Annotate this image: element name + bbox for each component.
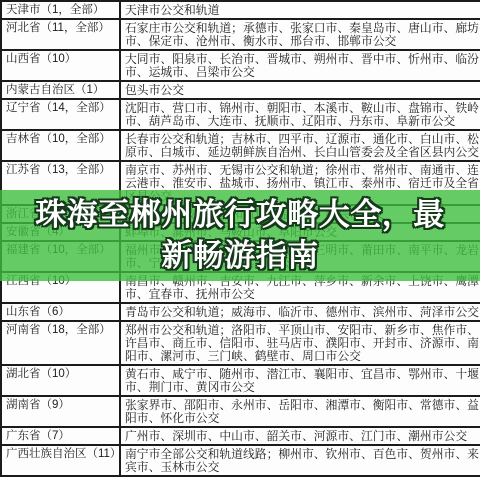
table-row: 广西壮族自治区（11） 南宁市全部公交和轨道线路；柳州市、钦州市、百色市、贺州市… [2, 446, 480, 477]
cities-cell: 长春市公交和轨道；吉林市、四平市、辽源市、通化市、白山市、松原市、白城市、延边朝… [121, 131, 480, 160]
cities-cell: 郑州市公交和轨道；洛阳市、平顶山市、安阳市、新乡市、焦作市、许昌市、商丘市、信阳… [121, 322, 480, 364]
province-cell: 山东省（6） [2, 304, 121, 320]
table-row: 湖北省（10） 黄石市、咸宁市、随州市、潜江市、襄阳市、宜昌市、鄂州市、十堰市、… [2, 366, 480, 397]
cities-cell: 张家界市、邵阳市、永州市、岳阳市、湘潭市、衡阳市、常德市、益阳市、怀化市公交 [121, 397, 480, 426]
banner-title-line2: 新畅游指南 [161, 236, 319, 277]
table-row: 辽宁省（14，全部） 沈阳市、营口市、锦州市、朝阳市、本溪市、鞍山市、盘锦市、铁… [2, 100, 480, 131]
cities-cell: 青岛市公交和轨道；威海市、临沂市、德州市、滨州市、菏泽市公交 [121, 304, 480, 320]
province-cell: 山西省（10） [2, 51, 121, 80]
province-cell: 湖南省（9） [2, 397, 121, 426]
province-cell: 广西壮族自治区（11） [2, 446, 121, 475]
banner-title-line1: 珠海至郴州旅行攻略大全，最 [35, 195, 445, 236]
cities-cell: 包头市公交 [121, 82, 480, 98]
cities-cell: 南宁市全部公交和轨道线路；柳州市、钦州市、百色市、贺州市、来宾市、玉林市公交 [121, 446, 480, 475]
table-row: 山东省（6） 青岛市公交和轨道；威海市、临沂市、德州市、滨州市、菏泽市公交 [2, 304, 480, 322]
table-row: 吉林省（10，全部） 长春市公交和轨道；吉林市、四平市、辽源市、通化市、白山市、… [2, 131, 480, 162]
table-row: 河北省（11，全部） 石家庄市公交和轨道；承德市、张家口市、秦皇岛市、唐山市、廊… [2, 20, 480, 51]
province-cell: 内蒙古自治区（1） [2, 82, 121, 98]
table-row: 山西省（10） 大同市、阳泉市、长治市、晋城市、朔州市、晋中市、忻州市、临汾市、… [2, 51, 480, 82]
province-cell: 河北省（11，全部） [2, 20, 121, 49]
cities-cell: 黄石市、咸宁市、随州市、潜江市、襄阳市、宜昌市、鄂州市、十堰市、荆门市、黄冈市公… [121, 366, 480, 395]
cities-cell: 广州市、深圳市、中山市、韶关市、河源市、江门市、潮州市公交 [121, 428, 480, 444]
province-cell: 吉林省（10，全部） [2, 131, 121, 160]
cities-cell: 大同市、阳泉市、长治市、晋城市、朔州市、晋中市、忻州市、临汾市、运城市、吕梁市公… [121, 51, 480, 80]
table-row: 天津市（1，全部） 天津市公交和轨道 [2, 2, 480, 20]
province-cell: 天津市（1，全部） [2, 2, 121, 18]
cities-cell: 天津市公交和轨道 [121, 2, 480, 18]
province-cell: 辽宁省（14，全部） [2, 100, 121, 129]
table-row: 河南省（18，全部） 郑州市公交和轨道；洛阳市、平顶山市、安阳市、新乡市、焦作市… [2, 322, 480, 366]
province-cell: 广东省（7） [2, 428, 121, 444]
screenshot-root: 天津市（1，全部） 天津市公交和轨道 河北省（11，全部） 石家庄市公交和轨道；… [0, 0, 480, 480]
province-cell: 河南省（18，全部） [2, 322, 121, 364]
table-row: 广东省（7） 广州市、深圳市、中山市、韶关市、河源市、江门市、潮州市公交 [2, 428, 480, 446]
green-title-banner: 珠海至郴州旅行攻略大全，最 新畅游指南 [0, 190, 480, 281]
table-row: 内蒙古自治区（1） 包头市公交 [2, 82, 480, 100]
province-cell: 湖北省（10） [2, 366, 121, 395]
cities-cell: 沈阳市、营口市、锦州市、朝阳市、本溪市、鞍山市、盘锦市、铁岭市、葫芦岛市、大连市… [121, 100, 480, 129]
table-row: 湖南省（9） 张家界市、邵阳市、永州市、岳阳市、湘潭市、衡阳市、常德市、益阳市、… [2, 397, 480, 428]
cities-cell: 石家庄市公交和轨道；承德市、张家口市、秦皇岛市、唐山市、廊坊市、保定市、沧州市、… [121, 20, 480, 49]
